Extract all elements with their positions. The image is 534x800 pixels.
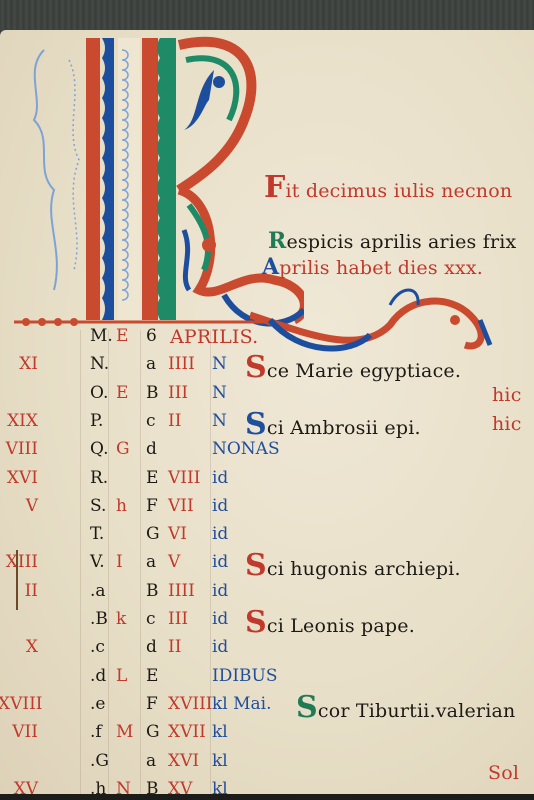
calendar-cell-letter: P. [90, 411, 103, 431]
calendar-cell-day: II [168, 411, 181, 431]
manuscript-page: Fit decimus iulis necnon Respicis aprili… [0, 30, 534, 800]
calendar-cell-letter: T. [90, 524, 104, 544]
calendar-cell-feria: c [146, 411, 156, 431]
calendar-cell-feria: d [146, 439, 157, 459]
calendar-cell-lunar: I [116, 552, 123, 572]
calendar-cell-letter: M. [90, 326, 113, 346]
header-line-2: Respicis aprilis aries frix [268, 228, 516, 254]
calendar-cell-feria: d [146, 637, 157, 657]
calendar-cell-roman: id [212, 524, 228, 544]
calendar-cell-roman: id [212, 609, 228, 629]
calendar-cell-letter: .G [90, 751, 109, 771]
calendar-cell-feria: B [146, 581, 159, 601]
feast-text: cor Tiburtii.valerian [318, 700, 516, 722]
feast-initial: S [296, 690, 318, 725]
margin-note: hic [492, 413, 522, 435]
calendar-cell-feria: F [146, 496, 158, 516]
calendar-cell-roman: IDIBUS [212, 666, 278, 686]
calendar-cell-day: IIII [168, 581, 195, 601]
feast-text: ci Leonis pape. [267, 615, 415, 637]
calendar-cell-feria: E [146, 468, 158, 488]
calendar-cell-letter: .B [90, 609, 108, 629]
calendar-cell-roman: N [212, 411, 227, 431]
calendar-cell-feria: B [146, 383, 159, 403]
calendar-cell-golden: V [0, 496, 38, 516]
calendar-feast-entry: Sci Leonis pape. [245, 605, 415, 640]
calendar-cell-feria: E [146, 666, 158, 686]
calendar-cell-feria: F [146, 694, 158, 714]
decorative-flourish [250, 275, 510, 355]
feast-text: ci Ambrosii epi. [267, 417, 421, 439]
calendar-cell-roman: id [212, 637, 228, 657]
calendar-cell-golden: XIII [0, 552, 38, 572]
calendar-cell-feria: G [146, 722, 160, 742]
calendar-cell-day: XVIII [168, 694, 213, 714]
calendar-cell-letter: .d [90, 666, 106, 686]
calendar-cell-lunar: k [116, 609, 126, 629]
calendar-cell-lunar: L [116, 666, 127, 686]
calendar-cell-golden: XI [0, 354, 38, 374]
calendar-cell-day: V [168, 552, 180, 572]
calendar-cell-day: XVII [168, 722, 206, 742]
calendar-cell-letter: R. [90, 468, 108, 488]
calendar-cell-roman: id [212, 468, 228, 488]
calendar-cell-day: III [168, 383, 188, 403]
calendar-cell-roman: kl [212, 751, 228, 771]
calendar-cell-roman: APRILIS. [170, 326, 258, 348]
calendar-cell-letter: Q. [90, 439, 109, 459]
calendar-cell-roman: NONAS [212, 439, 280, 459]
feast-initial: S [245, 350, 267, 385]
feast-initial: S [245, 605, 267, 640]
calendar-cell-day: IIII [168, 354, 195, 374]
header-line-1: Fit decimus iulis necnon [264, 170, 512, 205]
calendar-cell-letter: .f [90, 722, 102, 742]
calendar-cell-lunar: h [116, 496, 127, 516]
calendar-cell-roman: kl Mai. [212, 694, 272, 714]
calendar-cell-day: XVI [168, 751, 199, 771]
calendar-cell-day: II [168, 637, 181, 657]
calendar-cell-golden: X [0, 637, 38, 657]
margin-note: hic [492, 384, 522, 406]
calendar-cell-golden: VII [0, 722, 38, 742]
calendar-cell-roman: id [212, 552, 228, 572]
calendar-cell-feria: a [146, 354, 156, 374]
calendar-feast-entry: Sci hugonis archiepi. [245, 548, 461, 583]
calendar-cell-letter: O. [90, 383, 108, 403]
margin-note: Sol [488, 762, 519, 784]
calendar-cell-feria: a [146, 552, 156, 572]
calendar-cell-roman: id [212, 581, 228, 601]
calendar-cell-letter: S. [90, 496, 106, 516]
calendar-cell-day: VIII [168, 468, 200, 488]
calendar-cell-letter: .a [90, 581, 106, 601]
calendar-cell-day: III [168, 609, 188, 629]
calendar-cell-letter: V. [90, 552, 105, 572]
feast-initial: S [245, 548, 267, 583]
calendar-cell-roman: id [212, 496, 228, 516]
calendar-cell-feria: c [146, 609, 156, 629]
feast-text: ce Marie egyptiace. [267, 360, 461, 382]
calendar-cell-golden: VIII [0, 439, 38, 459]
calendar-cell-lunar: G [116, 439, 130, 459]
page-edge [0, 794, 534, 800]
calendar-feast-entry: Scor Tiburtii.valerian [296, 690, 515, 725]
calendar-feast-entry: Sci Ambrosii epi. [245, 407, 421, 442]
calendar-cell-roman: N [212, 383, 227, 403]
calendar-cell-feria: a [146, 751, 156, 771]
header-line-3: Aprilis habet dies xxx. [262, 254, 483, 280]
calendar-cell-roman: kl [212, 722, 228, 742]
calendar-cell-golden: XVI [0, 468, 38, 488]
calendar-cell-day: VII [168, 496, 194, 516]
feast-initial: S [245, 407, 267, 442]
calendar-cell-letter: .e [90, 694, 105, 714]
ruling-line [210, 330, 211, 800]
margin-mark [16, 550, 18, 610]
calendar-cell-lunar: E [116, 326, 128, 346]
calendar-cell-feria: 6 [146, 326, 157, 346]
feast-text: ci hugonis archiepi. [267, 558, 461, 580]
calendar-cell-roman: N [212, 354, 227, 374]
calendar-cell-lunar: M [116, 722, 133, 742]
ruling-line [80, 330, 81, 800]
calendar-cell-golden: XVIII [0, 694, 38, 714]
calendar-cell-letter: N. [90, 354, 109, 374]
calendar-cell-golden: XIX [0, 411, 38, 431]
calendar-cell-lunar: E [116, 383, 128, 403]
ruling-line [140, 330, 141, 800]
calendar-cell-letter: .c [90, 637, 105, 657]
calendar-cell-golden: II [0, 581, 38, 601]
calendar-feast-entry: Sce Marie egyptiace. [245, 350, 461, 385]
calendar-cell-feria: G [146, 524, 160, 544]
calendar-cell-day: VI [168, 524, 187, 544]
